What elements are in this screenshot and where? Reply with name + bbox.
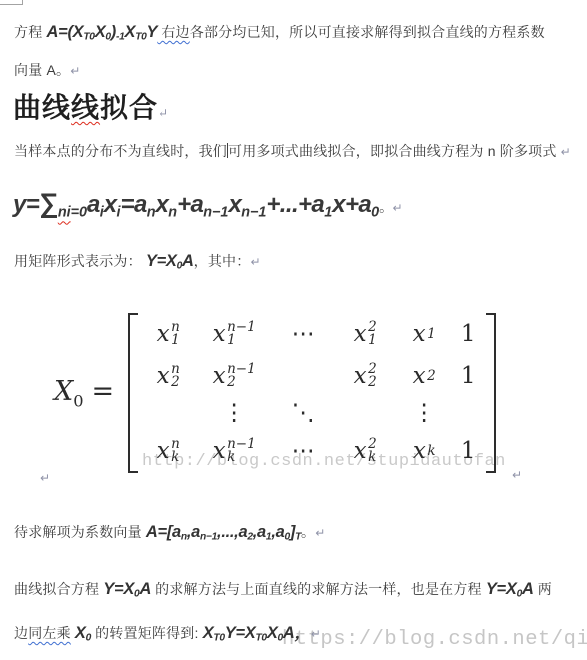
matrix-label: X0= [54, 376, 114, 410]
paragraph-solve-method-line1: 曲线拟合方程 Y=X0A 的求解方法与上面直线的求解方法一样，也是在方程 Y=X… [14, 578, 552, 606]
formula-polynomial: y=∑ni=0aixi=anxn+an−1xn−1+...+a1x+a0。↵ [13, 188, 403, 220]
matrix-cell: x21 [354, 321, 377, 347]
matrix-cell: x22 [354, 363, 377, 389]
p1-prefix: 方程 [14, 24, 47, 40]
matrix-cell: ⋯ [292, 321, 315, 347]
paragraph-mark: ↵ [40, 471, 50, 485]
matrix-cell: xn−12 [213, 363, 256, 389]
formula-x0: X0 [75, 624, 91, 642]
matrix-cell: xk [413, 438, 436, 464]
matrix-grid: xn1 xn−11 ⋯ x21 x1 1 xn2 xn−12 x22 x2 1 … [138, 313, 486, 473]
heading-text: 拟合 [100, 93, 158, 124]
heading-text: 曲线 [13, 93, 71, 124]
paragraph-mark: ↵ [393, 201, 403, 215]
paragraph-mark: ↵ [561, 145, 571, 159]
p5-text: 的转置矩阵得到: [91, 625, 203, 641]
p3-prefix: 用矩阵形式表示为： [14, 253, 146, 269]
formula-y-x0a: Y=X0A [486, 580, 534, 598]
paragraph-mark: ↵ [311, 627, 321, 641]
p5-text: 边 [14, 625, 28, 641]
matrix-cell: x2 [413, 363, 436, 389]
matrix-cell: xnk [157, 438, 180, 464]
formula-y-x0a: Y=X0A [103, 580, 151, 598]
matrix-cell: ⋯ [292, 438, 315, 464]
p2-text: 当样本点的分布不为直线时，我们 [14, 143, 227, 159]
matrix-cell: 1 [461, 438, 476, 464]
p1-line2: 向量 A。 [14, 62, 70, 78]
paragraph-polynomial-intro: 当样本点的分布不为直线时，我们可用多项式曲线拟合，即拟合曲线方程为 n 阶多项式… [14, 140, 580, 163]
matrix-cell: xn1 [157, 321, 180, 347]
paragraph-solve-method-line2: 边同左乘 X0 的转置矩阵得到: XT0Y=XT0X0A，↵ [14, 622, 321, 650]
paragraph-mark: ↵ [250, 255, 260, 269]
matrix-right-bracket [486, 313, 496, 473]
paragraph-mark: ↵ [315, 526, 325, 540]
matrix-cell: ⋮ [413, 400, 436, 426]
matrix-cell: xn−1k [213, 438, 256, 464]
summation-symbol: ∑ [39, 188, 58, 218]
matrix-cell: xn−11 [213, 321, 256, 347]
spellcheck-red-char: 线 [71, 93, 100, 124]
matrix-cell: x2k [354, 438, 377, 464]
spellcheck-blue-word: 右边 [157, 24, 190, 40]
p1-rest: 各部分均已知，所以可直接求解得到拟合直线的方程系数 [190, 24, 545, 40]
matrix-cell: ⋮ [223, 400, 246, 426]
formula-normal-equation: A=(XT0X0)-1XT0Y [47, 23, 158, 41]
spellcheck-blue-word: 同左乘 [28, 625, 71, 641]
matrix-cell: x1 [413, 321, 436, 347]
paragraph-equation-known: 方程 A=(XT0X0)-1XT0Y 右边各部分均已知，所以可直接求解得到拟合直… [14, 16, 576, 87]
p5-text: 两 [534, 581, 552, 597]
matrix-cell: xn2 [157, 363, 180, 389]
paragraph-mark: ↵ [70, 64, 80, 78]
p5-text: 曲线拟合方程 [14, 581, 103, 597]
matrix-x0-equation: X0= xn1 xn−11 ⋯ x21 x1 1 xn2 xn−12 x22 x… [54, 313, 496, 473]
document-page: { "page": { "background": "#ffffff", "te… [0, 0, 587, 660]
page-margin-corner-mark [0, 0, 23, 5]
paragraph-mark: ↵ [158, 106, 168, 120]
watermark-qinglingls: https://blog.csdn.net/qinglingLS [282, 628, 587, 651]
formula-normal-equation-2: XT0Y=XT0X0A， [203, 624, 311, 642]
formula-y-x0a: Y=X0A [146, 252, 194, 270]
p3-suffix: ，其中： [194, 253, 251, 269]
spellcheck-red-sub: ni [58, 204, 71, 220]
matrix-cell: 1 [461, 321, 476, 347]
section-heading-curve-fitting: 曲线线拟合↵ [13, 86, 168, 126]
paragraph-matrix-form: 用矩阵形式表示为： Y=X0A，其中：↵ [14, 250, 261, 278]
p4-suffix: 。 [301, 524, 315, 540]
p5-text: 的求解方法与上面直线的求解方法一样，也是在方程 [151, 581, 486, 597]
matrix-cell: ⋱ [292, 400, 315, 426]
p2-text: 可用多项式曲线拟合，即拟合曲线方程为 n 阶多项式 [228, 143, 561, 159]
paragraph-coefficient-vector: 待求解项为系数向量 A=[an,an−1,...,a2,a1,a0]T。↵ [14, 521, 325, 549]
p4-prefix: 待求解项为系数向量 [14, 524, 146, 540]
matrix-left-bracket [128, 313, 138, 473]
matrix-cell: 1 [461, 363, 476, 389]
paragraph-mark: ↵ [512, 468, 522, 482]
formula-coefficient-vector: A=[an,an−1,...,a2,a1,a0]T [146, 523, 301, 541]
